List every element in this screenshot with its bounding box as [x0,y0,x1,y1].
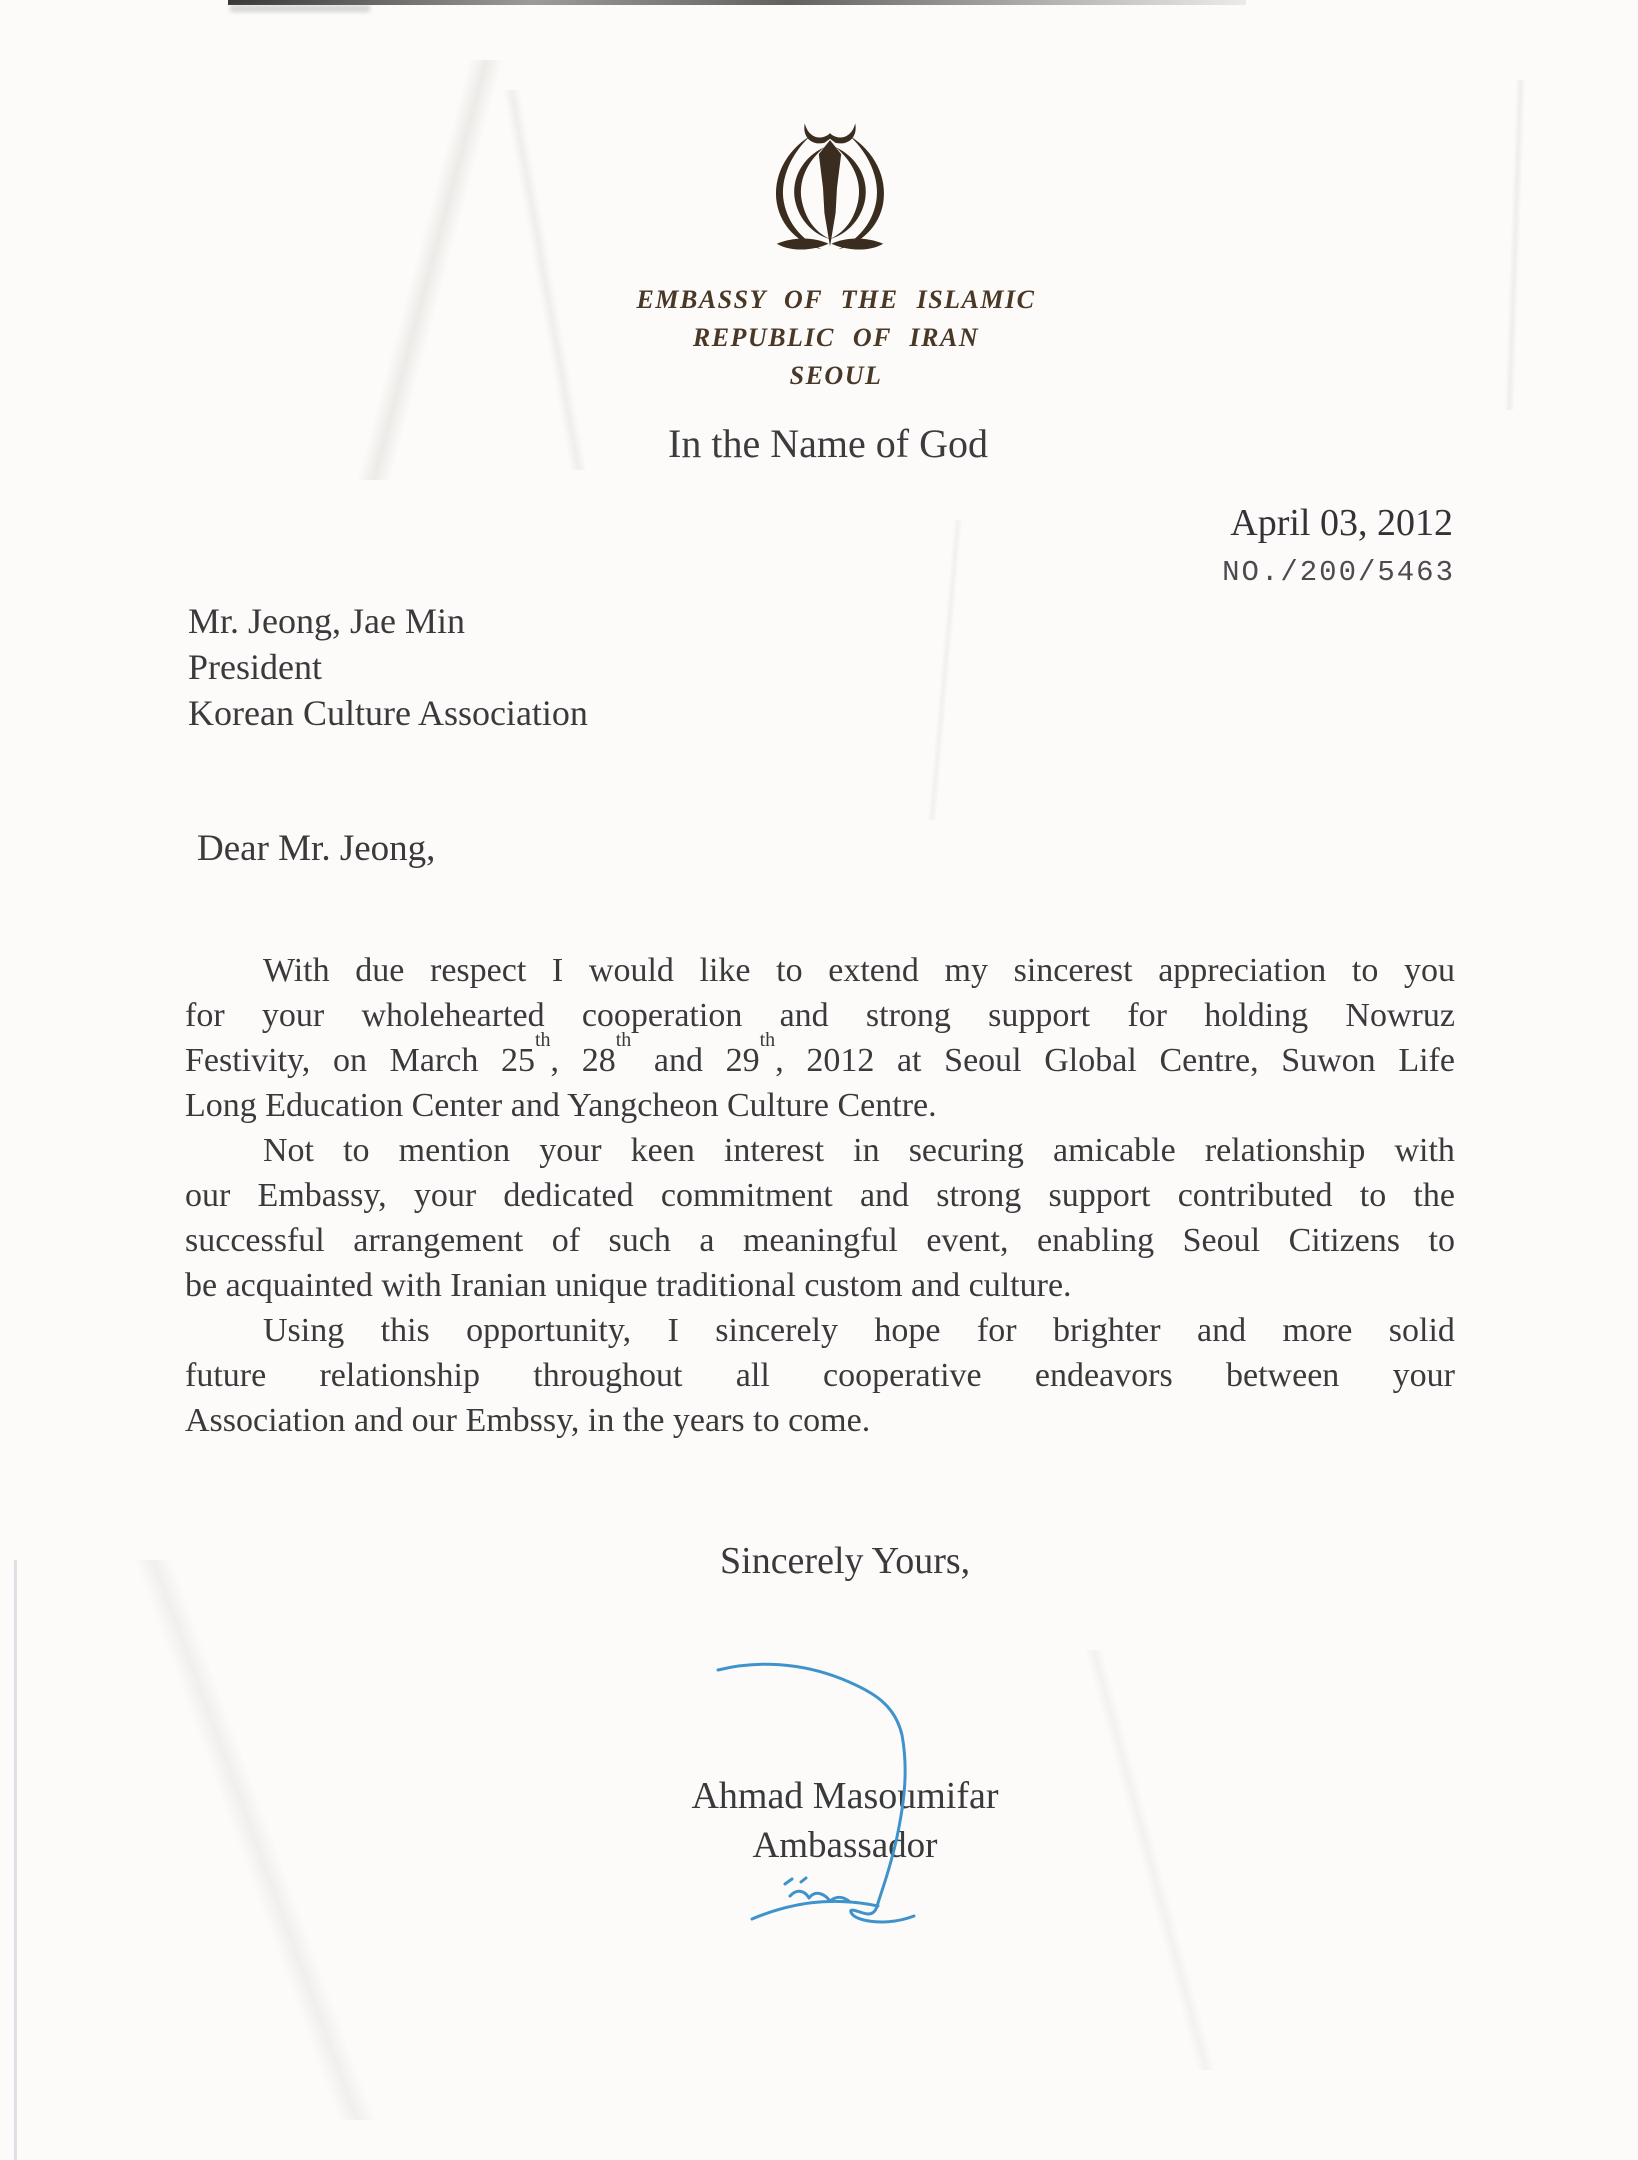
letter-page: EMBASSY OF THE ISLAMICREPUBLIC OF IRANSE… [0,0,1638,2160]
body-line: Festivity,onMarch25th,28thand29th,2012at… [185,1038,1455,1083]
paper-crease [470,90,620,470]
body-line: Association and our Embssy, in the years… [185,1398,1455,1443]
salutation: Dear Mr. Jeong, [197,827,435,870]
paragraph: Usingthisopportunity,Isincerelyhopeforbr… [185,1308,1455,1443]
letter-body: WithduerespectIwouldliketoextendmysincer… [185,948,1455,1443]
letterhead-line: REPUBLIC OF IRAN [536,319,1136,357]
recipient-line: Korean Culture Association [188,690,588,736]
paper-crease [40,1560,470,2120]
paper-crease [270,60,590,480]
paper-crease [900,520,990,820]
recipient-line: Mr. Jeong, Jae Min [188,598,588,644]
letterhead-line: SEOUL [536,357,1136,395]
recipient-line: President [188,644,588,690]
iran-coat-of-arms-icon [760,112,900,269]
pen-signature-icon [690,1645,990,1940]
paper-crease [1050,1650,1250,2070]
paper-crease [1470,80,1560,410]
paper-crease [14,1560,17,2160]
body-line: ourEmbassy,yourdedicatedcommitmentandstr… [185,1173,1455,1218]
letterhead-line: EMBASSY OF THE ISLAMIC [536,281,1136,319]
reference-number: NO./200/5463 [983,556,1455,589]
body-line: futurerelationshipthroughoutallcooperati… [185,1353,1455,1398]
scan-edge-artifact [228,0,1246,5]
body-line: Long Education Center and Yangcheon Cult… [185,1083,1455,1128]
embassy-letterhead: EMBASSY OF THE ISLAMICREPUBLIC OF IRANSE… [536,281,1136,395]
body-line: Usingthisopportunity,Isincerelyhopeforbr… [185,1308,1455,1353]
closing: Sincerely Yours, [720,1539,970,1583]
body-line: successfularrangementofsuchameaningfulev… [185,1218,1455,1263]
invocation: In the Name of God [528,420,1128,467]
body-line: be acquainted with Iranian unique tradit… [185,1263,1455,1308]
scan-edge-artifact [230,5,370,12]
body-line: WithduerespectIwouldliketoextendmysincer… [185,948,1455,993]
body-line: foryourwholeheartedcooperationandstrongs… [185,993,1455,1038]
body-line: Nottomentionyourkeeninterestinsecuringam… [185,1128,1455,1173]
letter-date: April 03, 2012 [983,501,1453,545]
iran-coat-of-arms-icon [760,112,900,269]
paragraph: Nottomentionyourkeeninterestinsecuringam… [185,1128,1455,1308]
recipient-block: Mr. Jeong, Jae MinPresidentKorean Cultur… [188,598,588,736]
paragraph: WithduerespectIwouldliketoextendmysincer… [185,948,1455,1128]
